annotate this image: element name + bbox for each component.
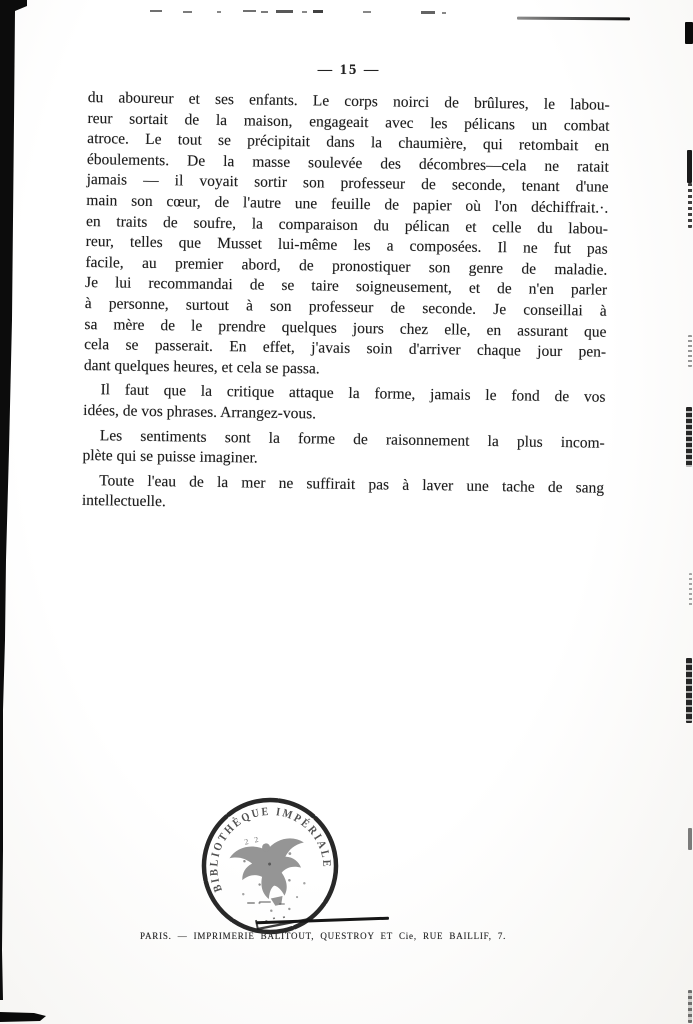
page-number: — 15 —	[88, 62, 610, 79]
scan-artifact	[688, 183, 692, 228]
scan-artifact	[279, 903, 285, 905]
scan-artifact	[688, 828, 692, 850]
scan-artifact	[689, 573, 692, 607]
scan-artifact	[517, 17, 630, 21]
scan-artifact	[442, 12, 446, 14]
paragraph: Les sentiments sont la forme de raisonne…	[82, 425, 605, 474]
stamp-inner-mark: 2 2	[244, 835, 262, 847]
scan-artifact	[313, 10, 323, 13]
eagle-emblem	[228, 835, 316, 913]
paragraph: Il faut que la critique attaque la forme…	[83, 380, 606, 429]
left-binding-band	[0, 0, 28, 1010]
paragraph: Toute l'eau de la mer ne suffirait pas à…	[82, 471, 605, 520]
scan-artifact	[688, 335, 692, 367]
paragraph: du aboureur et ses enfants. Le corps noi…	[84, 88, 610, 384]
scan-artifact	[421, 11, 435, 14]
scan-artifact	[686, 658, 692, 723]
scan-artifact	[243, 10, 256, 12]
scan-artifact	[276, 10, 293, 13]
scan-artifact	[150, 10, 162, 12]
scan-artifact	[247, 902, 255, 904]
scan-artifact	[687, 150, 692, 183]
scan-artifact	[0, 1012, 46, 1022]
scan-artifact	[363, 11, 371, 13]
scan-artifact	[685, 22, 693, 44]
scan-artifact	[183, 11, 192, 13]
scan-artifact	[261, 11, 268, 13]
scan-artifact	[686, 407, 692, 467]
scan-artifact	[217, 11, 221, 13]
scan-artifact	[688, 990, 692, 1023]
scan-artifact	[259, 901, 271, 903]
body-text: du aboureur et ses enfants. Le corps noi…	[82, 88, 610, 520]
printer-imprint: PARIS. — IMPRIMERIE BALITOUT, QUESTROY E…	[140, 931, 560, 941]
library-stamp: BIBLIOTHÈQUE IMPÉRIALE 2 2	[182, 778, 358, 954]
scan-artifact	[302, 11, 307, 13]
scanned-book-page: — 15 — du aboureur et ses enfants. Le co…	[0, 0, 693, 1024]
